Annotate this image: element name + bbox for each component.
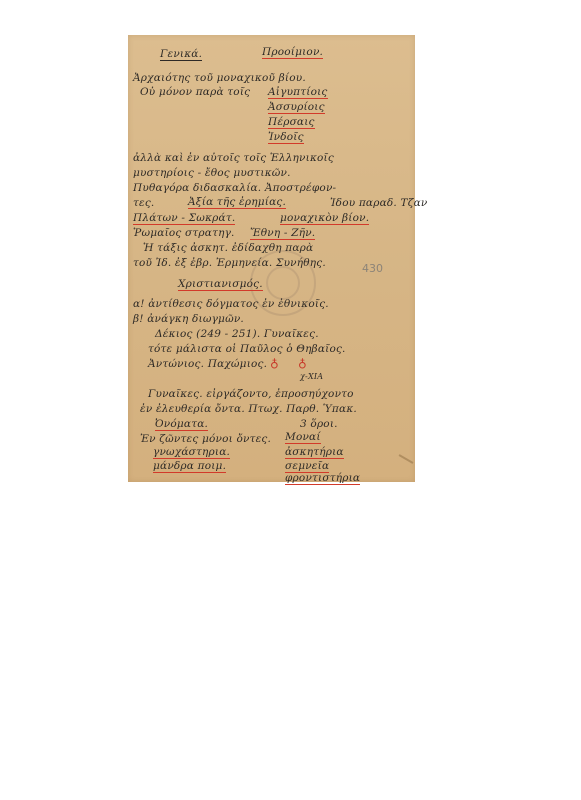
handwritten-line: ἀσκητήρια: [285, 446, 344, 459]
handwritten-line: Γενικά.: [160, 48, 202, 61]
red-cross-right-icon: ♁: [298, 356, 307, 370]
handwritten-line: Μοναί: [285, 431, 321, 444]
handwritten-line: Ἐν ζῶντες μόνοι ὄντες.: [140, 433, 271, 445]
handwritten-line: α! ἀντίθεσις δόγματος ἐν ἐθνικοῖς.: [133, 298, 329, 310]
handwritten-line: Πλάτων - Σωκράτ.: [133, 212, 235, 225]
small-note: χ-ΧΙΑ: [300, 372, 323, 381]
handwritten-line: μάνδρα ποιμ.: [153, 460, 226, 473]
handwritten-line: Ἀσσυρίοις: [268, 101, 325, 114]
handwritten-line: Προοίμιον.: [262, 46, 323, 59]
handwritten-line: Ἡ τάξις ἀσκητ. ἐδίδαχθη παρὰ: [143, 242, 313, 254]
handwritten-line: Ἀντώνιος. Παχώμιος.: [148, 358, 267, 370]
handwritten-line: Ἰνδοῖς: [268, 131, 304, 144]
handwritten-line: Ἀρχαιότης τοῦ μοναχικοῦ βίου.: [133, 72, 306, 84]
handwritten-line: μοναχικὸν βίον.: [280, 212, 369, 225]
handwritten-line: ἐν ἐλευθερία ὄντα. Πτωχ. Παρθ. Ὑπακ.: [140, 403, 357, 415]
handwritten-line: Ἔθνη - Ζῆν.: [250, 227, 315, 240]
handwritten-line: Πέρσαις: [268, 116, 315, 129]
handwritten-line: Ῥωμαῖος στρατηγ.: [133, 227, 235, 239]
handwritten-line: β! ἀνάγκη διωγμῶν.: [133, 313, 244, 325]
handwritten-line: Γυναῖκες. εἰργάζοντο, ἐπροσηύχοντο: [148, 388, 354, 400]
handwritten-line: ἀλλὰ καὶ ἐν αὐτοῖς τοῖς Ἑλληνικοῖς: [133, 152, 334, 164]
handwritten-line: Χριστιανισμός.: [178, 278, 263, 291]
handwritten-line: Ἀξία τῆς ἐρημίας.: [188, 196, 286, 209]
handwritten-line: τοῦ Ἰδ. ἐξ ἐβρ. Ἐρμηνεία. Συνήθης.: [133, 257, 326, 269]
handwritten-line: φροντιστήρια: [285, 472, 360, 485]
handwritten-line: Ἰδου παραδ. Τζαν: [330, 197, 427, 209]
handwritten-line: μυστηρίοις - ἔθος μυστικῶν.: [133, 167, 291, 179]
handwritten-line: Αἰγυπτίοις: [268, 86, 328, 99]
handwritten-line: Δέκιος (249 - 251). Γυναῖκες.: [155, 328, 319, 340]
margin-number: 430: [362, 262, 383, 275]
handwritten-line: τότε μάλιστα οἱ Παῦλος ὁ Θηβαῖος.: [148, 343, 346, 355]
handwritten-line: Πυθαγόρα διδασκαλία. Ἀποστρέφον-: [133, 182, 336, 194]
red-cross-left-icon: ♁: [270, 356, 279, 370]
handwritten-line: γνωχάστηρια.: [153, 446, 230, 459]
handwritten-line: Ὀνόματα.: [155, 418, 208, 431]
handwritten-line: 3 ὅροι.: [300, 418, 338, 430]
handwritten-line: τες.: [133, 197, 154, 209]
handwritten-line: Οὐ μόνον παρὰ τοῖς: [140, 86, 250, 98]
